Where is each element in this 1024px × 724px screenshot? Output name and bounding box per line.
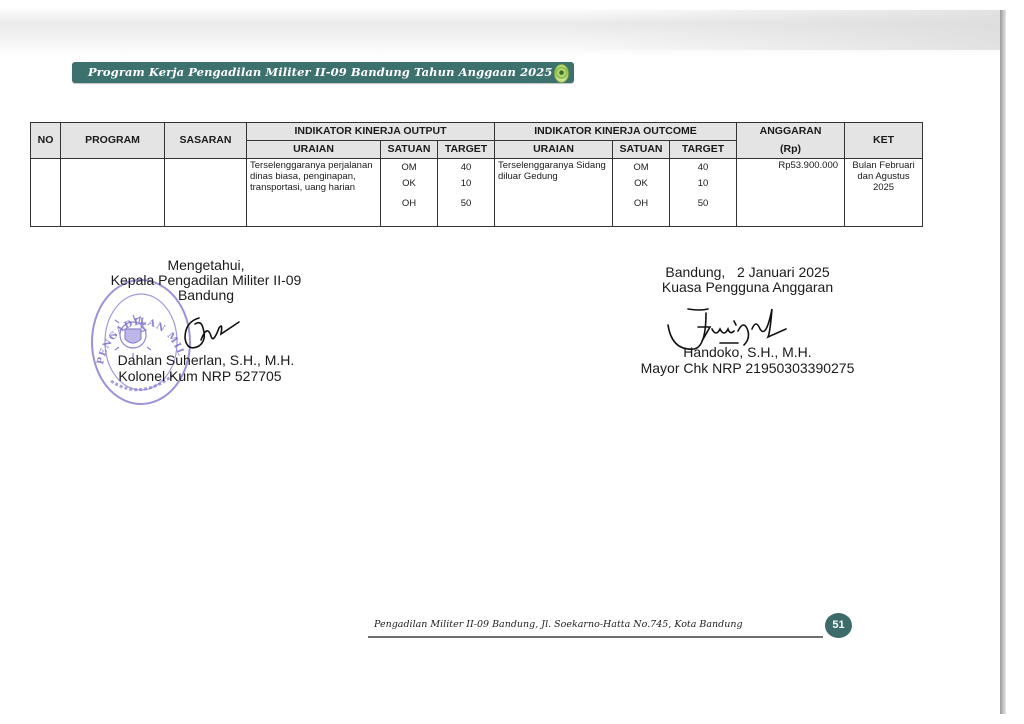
header-anggaran: ANGGARAN	[737, 123, 845, 141]
output-target-oh: 50	[461, 196, 472, 212]
cell-output-satuan: OM OK OH	[381, 159, 438, 227]
cell-outcome-satuan: OM OK OH	[613, 159, 670, 227]
header-ket: KET	[845, 123, 923, 159]
output-satuan-oh: OH	[402, 196, 416, 212]
cell-sasaran	[165, 159, 247, 227]
header-sasaran: SASARAN	[165, 123, 247, 159]
scan-shadow	[560, 10, 1010, 50]
output-satuan-ok: OK	[402, 176, 416, 192]
header-anggaran-unit: (Rp)	[737, 141, 845, 159]
outcome-satuan-om: OM	[633, 160, 648, 176]
signatory-location: Bandung	[96, 288, 316, 303]
cell-output-uraian: Terselenggaranya perjalanan dinas biasa,…	[247, 159, 381, 227]
cell-program	[61, 159, 165, 227]
cell-ket: Bulan Februari dan Agustus 2025	[845, 159, 923, 227]
table-row: Terselenggaranya perjalanan dinas biasa,…	[31, 159, 923, 227]
page-number-badge: 51	[825, 613, 852, 638]
signature-block-right: Bandung, 2 Januari 2025 Kuasa Pengguna A…	[630, 265, 865, 295]
header-outcome-target: TARGET	[670, 141, 737, 159]
footer-address: Pengadilan Militer II-09 Bandung, Jl. So…	[374, 619, 743, 630]
cell-outcome-target: 40 10 50	[670, 159, 737, 227]
output-target-om: 40	[461, 160, 472, 176]
banner-title: Program Kerja Pengadilan Militer II-09 B…	[88, 65, 552, 79]
header-output-uraian: URAIAN	[247, 141, 381, 159]
handwritten-signature-right	[664, 305, 794, 355]
header-no: NO	[31, 123, 61, 159]
signatory-position: Kepala Pengadilan Militer II-09	[96, 273, 316, 288]
header-outcome-uraian: URAIAN	[495, 141, 613, 159]
outcome-satuan-oh: OH	[634, 196, 648, 212]
page-header-banner: Program Kerja Pengadilan Militer II-09 B…	[72, 62, 574, 83]
court-emblem-icon	[554, 64, 569, 83]
output-satuan-om: OM	[401, 160, 416, 176]
header-output-satuan: SATUAN	[381, 141, 438, 159]
cell-no	[31, 159, 61, 227]
page-margin	[1006, 0, 1024, 724]
handwritten-signature-left	[175, 310, 245, 360]
signatory-rank: Kolonel Kum NRP 527705	[90, 369, 310, 384]
header-outcome-satuan: SATUAN	[613, 141, 670, 159]
signatory-rank: Mayor Chk NRP 21950303390275	[630, 361, 865, 376]
cell-output-target: 40 10 50	[438, 159, 495, 227]
header-output-group: INDIKATOR KINERJA OUTPUT	[247, 123, 495, 141]
cell-outcome-uraian: Terselenggaranya Sidang diluar Gedung	[495, 159, 613, 227]
outcome-target-om: 40	[698, 160, 709, 176]
signature-block-left: Mengetahui, Kepala Pengadilan Militer II…	[96, 258, 316, 303]
cell-anggaran: Rp53.900.000	[737, 159, 845, 227]
outcome-target-oh: 50	[698, 196, 709, 212]
outcome-target-ok: 10	[698, 176, 709, 192]
signatory-position: Kuasa Pengguna Anggaran	[630, 280, 865, 295]
work-program-table: NO PROGRAM SASARAN INDIKATOR KINERJA OUT…	[30, 122, 923, 227]
header-output-target: TARGET	[438, 141, 495, 159]
outcome-satuan-ok: OK	[634, 176, 648, 192]
table-header-row: NO PROGRAM SASARAN INDIKATOR KINERJA OUT…	[31, 123, 923, 141]
header-program: PROGRAM	[61, 123, 165, 159]
acknowledgement-label: Mengetahui,	[96, 258, 316, 273]
footer-divider	[368, 636, 823, 638]
place-date: Bandung, 2 Januari 2025	[630, 265, 865, 280]
output-target-ok: 10	[461, 176, 472, 192]
header-outcome-group: INDIKATOR KINERJA OUTCOME	[495, 123, 737, 141]
